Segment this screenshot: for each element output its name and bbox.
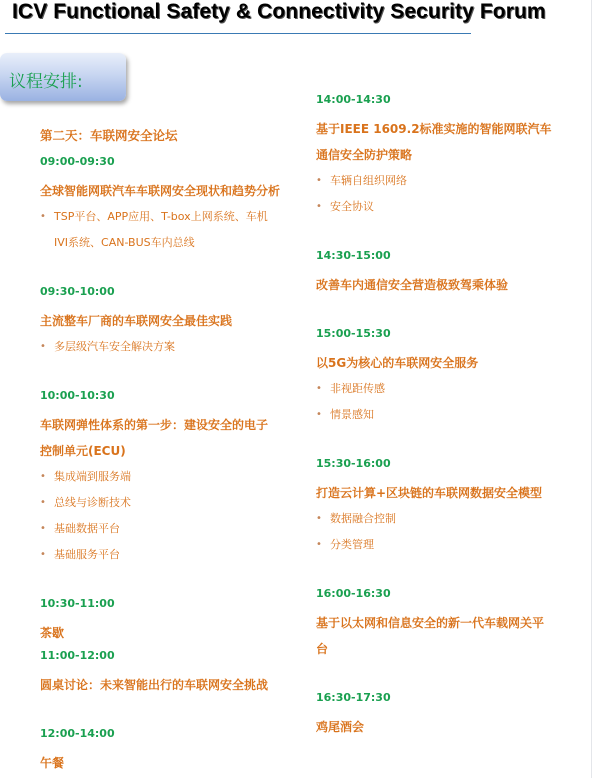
session-topic-line2: 通信安全防护策略 bbox=[316, 142, 566, 168]
session-bullets: •多层级汽车安全解决方案 bbox=[40, 334, 290, 360]
forum-title: ICV Functional Safety & Connectivity Sec… bbox=[12, 0, 546, 24]
bullet-item: •情景感知 bbox=[316, 402, 566, 428]
session-topic: 打造云计算+区块链的车联网数据安全模型 bbox=[316, 480, 566, 506]
session-bullets: •非视距传感 •情景感知 bbox=[316, 376, 566, 428]
bullet-icon: • bbox=[316, 168, 322, 194]
bullet-item-continuation: IVI系统、CAN-BUS车内总线 bbox=[40, 230, 290, 256]
bullet-icon: • bbox=[40, 516, 46, 542]
bullet-icon: • bbox=[40, 204, 46, 230]
bullet-text: 情景感知 bbox=[330, 408, 374, 421]
session-time: 15:00-15:30 bbox=[316, 324, 566, 344]
session-bullets: •车辆自组织网络 •安全协议 bbox=[316, 168, 566, 220]
bullet-item: •车辆自组织网络 bbox=[316, 168, 566, 194]
bullet-text: 集成端到服务端 bbox=[54, 470, 131, 483]
bullet-item: •总线与诊断技术 bbox=[40, 490, 290, 516]
bullet-icon: • bbox=[316, 532, 322, 558]
session-bullets: •TSP平台、APP应用、T-box上网系统、车机 IVI系统、CAN-BUS车… bbox=[40, 204, 290, 256]
bullet-item: •数据融合控制 bbox=[316, 506, 566, 532]
session-topic-line2: 控制单元(ECU) bbox=[40, 438, 290, 464]
session-1030: 10:30-11:00 茶歇 bbox=[40, 594, 290, 646]
bullet-text: TSP平台、APP应用、T-box上网系统、车机 bbox=[54, 210, 268, 223]
session-topic: 午餐 bbox=[40, 750, 290, 776]
bullet-item: •安全协议 bbox=[316, 194, 566, 220]
bullet-item: •非视距传感 bbox=[316, 376, 566, 402]
bullet-item: •集成端到服务端 bbox=[40, 464, 290, 490]
bullet-icon: • bbox=[316, 376, 322, 402]
bullet-icon: • bbox=[316, 402, 322, 428]
session-topic: 车联网弹性体系的第一步：建设安全的电子 bbox=[40, 412, 290, 438]
session-0930: 09:30-10:00 主流整车厂商的车联网安全最佳实践 •多层级汽车安全解决方… bbox=[40, 282, 290, 360]
session-1000: 10:00-10:30 车联网弹性体系的第一步：建设安全的电子 控制单元(ECU… bbox=[40, 386, 290, 568]
bullet-icon: • bbox=[40, 542, 46, 568]
bullet-text: 车辆自组织网络 bbox=[330, 174, 407, 187]
bullet-icon: • bbox=[316, 194, 322, 220]
page-right-border bbox=[591, 0, 592, 778]
bullet-text: 多层级汽车安全解决方案 bbox=[54, 340, 175, 353]
bullet-item: •TSP平台、APP应用、T-box上网系统、车机 bbox=[40, 204, 290, 230]
session-1600: 16:00-16:30 基于以太网和信息安全的新一代车载网关平 台 bbox=[316, 584, 566, 662]
session-1100: 11:00-12:00 圆桌讨论：未来智能出行的车联网安全挑战 bbox=[40, 646, 290, 698]
session-time: 12:00-14:00 bbox=[40, 724, 290, 744]
bullet-item: •基础数据平台 bbox=[40, 516, 290, 542]
session-topic: 以5G为核心的车联网安全服务 bbox=[316, 350, 566, 376]
session-time: 11:00-12:00 bbox=[40, 646, 290, 666]
session-time: 14:00-14:30 bbox=[316, 90, 566, 110]
session-topic: 圆桌讨论：未来智能出行的车联网安全挑战 bbox=[40, 672, 290, 698]
bullet-text: 总线与诊断技术 bbox=[54, 496, 131, 509]
bullet-text: 非视距传感 bbox=[330, 382, 385, 395]
session-time: 10:00-10:30 bbox=[40, 386, 290, 406]
bullet-icon: • bbox=[40, 490, 46, 516]
agenda-column-afternoon: 14:00-14:30 基于IEEE 1609.2标准实施的智能网联汽车 通信安… bbox=[316, 90, 566, 740]
session-time: 09:30-10:00 bbox=[40, 282, 290, 302]
session-time: 14:30-15:00 bbox=[316, 246, 566, 266]
bullet-text: 数据融合控制 bbox=[330, 512, 396, 525]
session-bullets: •数据融合控制 •分类管理 bbox=[316, 506, 566, 558]
bullet-item: •基础服务平台 bbox=[40, 542, 290, 568]
bullet-item: •分类管理 bbox=[316, 532, 566, 558]
bullet-icon: • bbox=[40, 464, 46, 490]
session-time: 16:30-17:30 bbox=[316, 688, 566, 708]
session-time: 09:00-09:30 bbox=[40, 152, 290, 172]
session-1400: 14:00-14:30 基于IEEE 1609.2标准实施的智能网联汽车 通信安… bbox=[316, 90, 566, 220]
session-1500: 15:00-15:30 以5G为核心的车联网安全服务 •非视距传感 •情景感知 bbox=[316, 324, 566, 428]
bullet-text: IVI系统、CAN-BUS车内总线 bbox=[54, 236, 195, 249]
session-topic-line2: 台 bbox=[316, 636, 566, 662]
bullet-text: 基础数据平台 bbox=[54, 522, 120, 535]
bullet-text: 基础服务平台 bbox=[54, 548, 120, 561]
session-1630: 16:30-17:30 鸡尾酒会 bbox=[316, 688, 566, 740]
session-bullets: •集成端到服务端 •总线与诊断技术 •基础数据平台 •基础服务平台 bbox=[40, 464, 290, 568]
session-topic: 茶歇 bbox=[40, 620, 290, 646]
session-topic: 主流整车厂商的车联网安全最佳实践 bbox=[40, 308, 290, 334]
title-divider bbox=[5, 33, 471, 34]
bullet-item: •多层级汽车安全解决方案 bbox=[40, 334, 290, 360]
session-1430: 14:30-15:00 改善车内通信安全营造极致驾乘体验 bbox=[316, 246, 566, 298]
bullet-icon: • bbox=[40, 334, 46, 360]
session-0900: 09:00-09:30 全球智能网联汽车车联网安全现状和趋势分析 •TSP平台、… bbox=[40, 152, 290, 256]
day-title: 第二天：车联网安全论坛 bbox=[40, 126, 290, 146]
bullet-text: 分类管理 bbox=[330, 538, 374, 551]
session-topic: 基于以太网和信息安全的新一代车载网关平 bbox=[316, 610, 566, 636]
agenda-column-morning: 第二天：车联网安全论坛 09:00-09:30 全球智能网联汽车车联网安全现状和… bbox=[40, 126, 290, 776]
session-time: 10:30-11:00 bbox=[40, 594, 290, 614]
agenda-label: 议程安排: bbox=[9, 67, 83, 92]
session-time: 15:30-16:00 bbox=[316, 454, 566, 474]
session-1200: 12:00-14:00 午餐 bbox=[40, 724, 290, 776]
session-topic: 全球智能网联汽车车联网安全现状和趋势分析 bbox=[40, 178, 290, 204]
session-1530: 15:30-16:00 打造云计算+区块链的车联网数据安全模型 •数据融合控制 … bbox=[316, 454, 566, 558]
session-time: 16:00-16:30 bbox=[316, 584, 566, 604]
session-topic: 改善车内通信安全营造极致驾乘体验 bbox=[316, 272, 566, 298]
bullet-icon: • bbox=[316, 506, 322, 532]
bullet-text: 安全协议 bbox=[330, 200, 374, 213]
session-topic: 基于IEEE 1609.2标准实施的智能网联汽车 bbox=[316, 116, 566, 142]
session-topic: 鸡尾酒会 bbox=[316, 714, 566, 740]
